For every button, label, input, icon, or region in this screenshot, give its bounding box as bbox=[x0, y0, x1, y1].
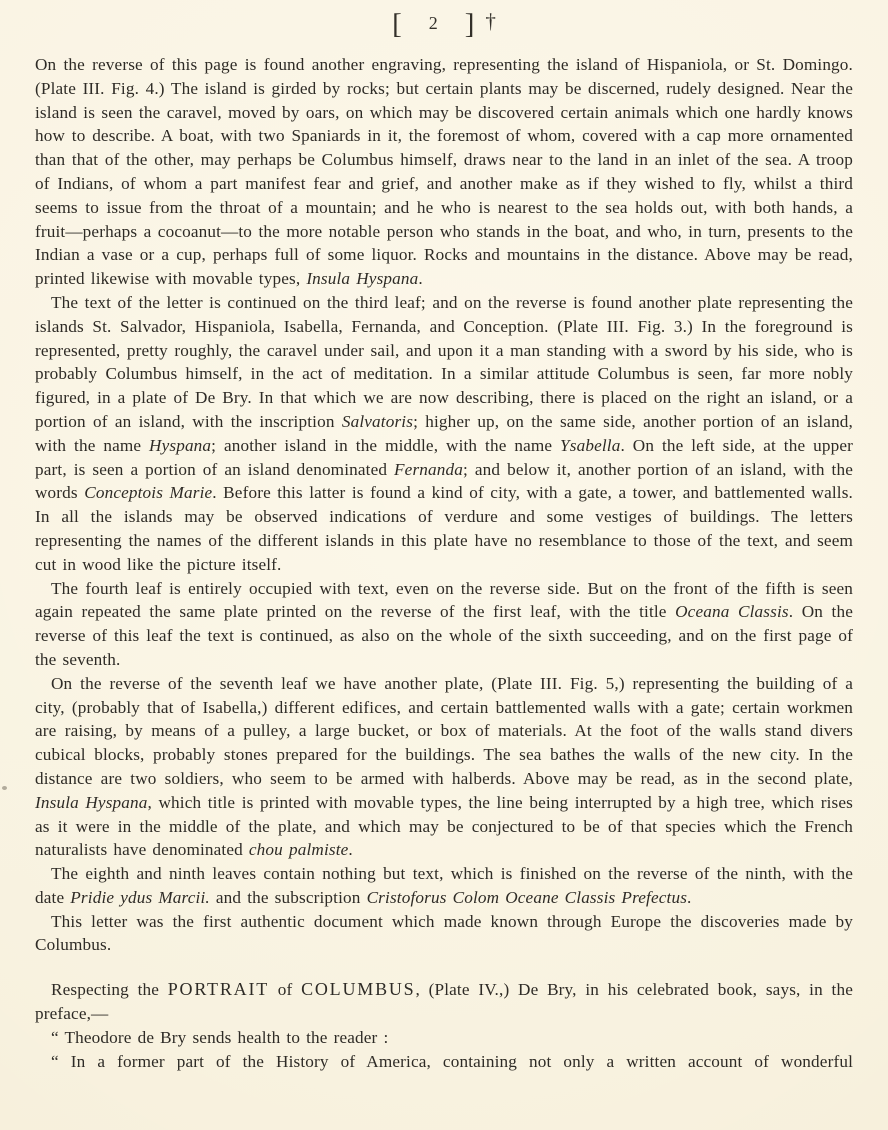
italic-text: Salvatoris bbox=[342, 412, 413, 431]
dagger-icon: † bbox=[485, 9, 496, 34]
italic-text: Insula Hyspana bbox=[306, 269, 418, 288]
paragraph: Respecting the PORTRAIT of COLUMBUS, (Pl… bbox=[35, 978, 853, 1026]
text-run: and the subscription bbox=[210, 888, 367, 907]
right-bracket: ] bbox=[465, 8, 475, 40]
italic-text: Insula Hyspana bbox=[35, 793, 148, 812]
left-bracket: [ bbox=[392, 8, 402, 40]
italic-text: Hyspana bbox=[149, 436, 211, 455]
paragraph: The text of the letter is continued on t… bbox=[35, 291, 853, 577]
page-header: [2]† bbox=[0, 8, 888, 41]
text-run: “ In a former part of the History of Ame… bbox=[51, 1052, 853, 1071]
text-run: , which title is printed with movable ty… bbox=[35, 793, 853, 860]
text-run: On the reverse of the seventh leaf we ha… bbox=[35, 674, 853, 788]
text-run: Respecting the bbox=[51, 980, 168, 999]
italic-text: Pridie ydus Marcii. bbox=[70, 888, 210, 907]
italic-text: Fernanda bbox=[394, 460, 463, 479]
text-run: . bbox=[348, 840, 352, 859]
paragraph: “ Theodore de Bry sends health to the re… bbox=[35, 1026, 853, 1050]
italic-text: Conceptois Marie bbox=[84, 483, 212, 502]
paragraph: The fourth leaf is entirely occupied wit… bbox=[35, 577, 853, 672]
paragraph: “ In a former part of the History of Ame… bbox=[35, 1050, 853, 1074]
paragraph: On the reverse of the seventh leaf we ha… bbox=[35, 672, 853, 862]
text-run: of bbox=[269, 980, 301, 999]
text-run: ; another island in the middle, with the… bbox=[211, 436, 560, 455]
text-run: . bbox=[418, 269, 422, 288]
italic-text: Oceana Classis bbox=[675, 602, 789, 621]
italic-text: Ysabella bbox=[560, 436, 620, 455]
paper-speck bbox=[2, 786, 7, 790]
page-text: On the reverse of this page is found ano… bbox=[35, 53, 853, 1073]
text-run: The text of the letter is continued on t… bbox=[35, 293, 853, 431]
book-page: { "page": { "paper_color": "#f8f2e1", "i… bbox=[0, 0, 888, 1130]
italic-text: chou palmiste bbox=[249, 840, 349, 859]
paragraph: This letter was the first authentic docu… bbox=[35, 910, 853, 958]
italic-text: Cristoforus Colom Oceane Classis Prefect… bbox=[367, 888, 687, 907]
page-number: 2 bbox=[429, 13, 438, 34]
text-run: On the reverse of this page is found ano… bbox=[35, 55, 853, 288]
caps-text: PORTRAIT bbox=[168, 979, 269, 999]
paragraph: The eighth and ninth leaves contain noth… bbox=[35, 862, 853, 910]
caps-text: COLUMBUS bbox=[301, 979, 415, 999]
text-run: . bbox=[687, 888, 691, 907]
text-run: This letter was the first authentic docu… bbox=[35, 912, 853, 955]
paragraph: On the reverse of this page is found ano… bbox=[35, 53, 853, 291]
text-run: “ Theodore de Bry sends health to the re… bbox=[51, 1028, 388, 1047]
